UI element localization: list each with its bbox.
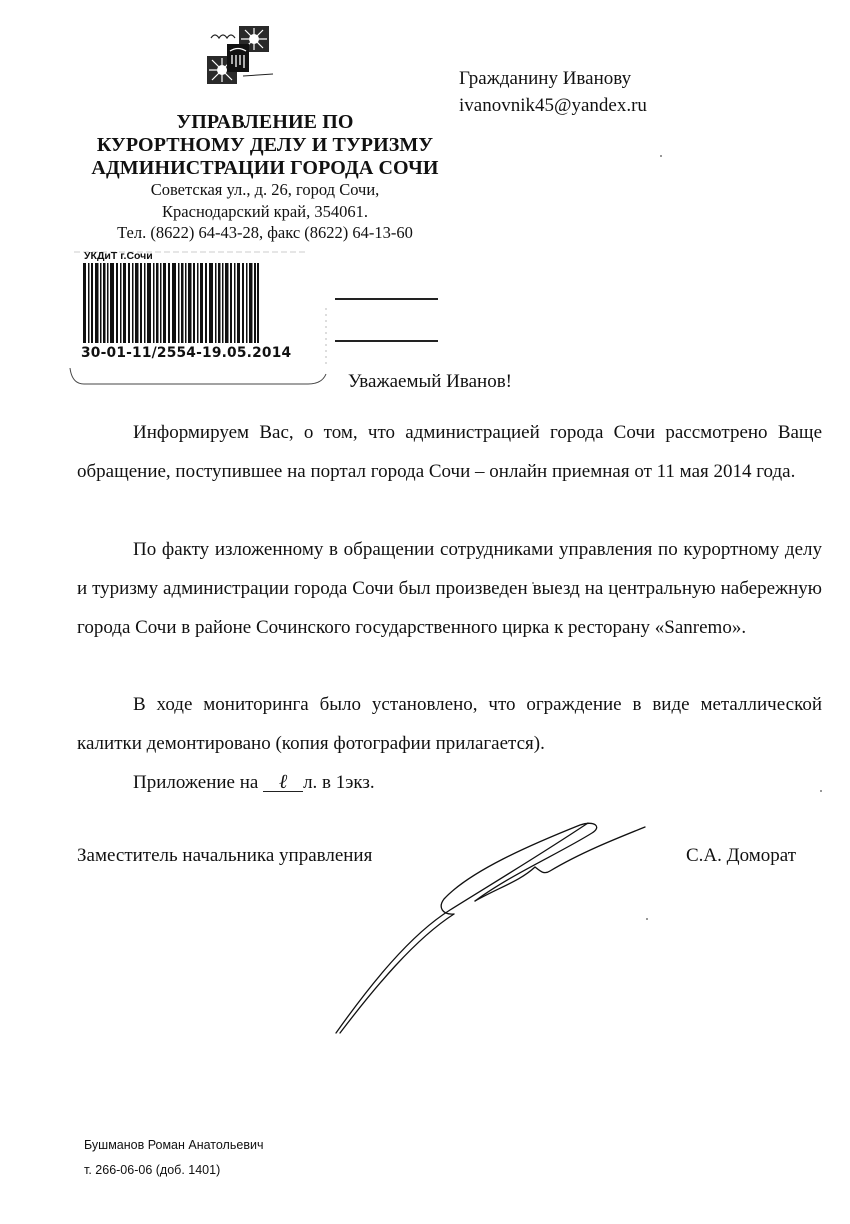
scan-speck [820, 790, 822, 792]
org-line: КУРОРТНОМУ ДЕЛУ И ТУРИЗМУ [60, 134, 470, 157]
paragraph-text: По факту изложенному в обращении сотрудн… [77, 539, 822, 638]
blank-reference-line [335, 298, 438, 300]
annex-suffix: л. в 1экз. [303, 772, 375, 793]
signatory-position: Заместитель начальника управления [77, 845, 372, 867]
annex-line: Приложение на ℓл. в 1экз. [133, 771, 375, 794]
body-paragraph: По факту изложенному в обращении сотрудн… [77, 530, 822, 647]
scan-speck [646, 918, 648, 920]
blank-reference-line [335, 340, 438, 342]
annex-page-count: ℓ [263, 771, 303, 792]
signatory-name: С.А. Доморат [686, 845, 796, 867]
handwritten-signature-icon [330, 815, 660, 1045]
address-line: Краснодарский край, 354061. [80, 201, 450, 223]
contact-line: Тел. (8622) 64-43-28, факс (8622) 64-13-… [80, 222, 450, 244]
body-paragraph: Информируем Вас, о том, что администраци… [77, 413, 822, 491]
annex-prefix: Приложение на [133, 772, 258, 793]
scan-speck [660, 155, 662, 157]
addressee-name: Гражданину Иванову [459, 65, 647, 92]
executor-phone: т. 266-06-06 (доб. 1401) [84, 1158, 263, 1183]
registration-number: 30-01-11/2554-19.05.2014 [81, 345, 291, 361]
address-line: Советская ул., д. 26, город Сочи, [80, 179, 450, 201]
paragraph-text: Информируем Вас, о том, что администраци… [77, 422, 822, 482]
executor-block: Бушманов Роман Анатольевич т. 266-06-06 … [84, 1133, 263, 1183]
salutation: Уважаемый Иванов! [348, 371, 512, 393]
addressee-email: ivanovnik45@yandex.ru [459, 92, 647, 119]
org-line: УПРАВЛЕНИЕ ПО [60, 111, 470, 134]
paragraph-text: В ходе мониторинга было установлено, что… [77, 694, 822, 754]
sochi-emblem-icon [207, 20, 275, 86]
organization-address: Советская ул., д. 26, город Сочи, Красно… [80, 179, 450, 244]
stamp-label: УКДиТ г.Сочи [84, 250, 153, 262]
addressee-block: Гражданину Иванову ivanovnik45@yandex.ru [459, 65, 647, 119]
scan-speck [532, 582, 534, 584]
executor-name: Бушманов Роман Анатольевич [84, 1133, 263, 1158]
org-line: АДМИНИСТРАЦИИ ГОРОДА СОЧИ [60, 157, 470, 180]
organization-name: УПРАВЛЕНИЕ ПО КУРОРТНОМУ ДЕЛУ И ТУРИЗМУ … [60, 111, 470, 180]
barcode-icon [83, 263, 259, 343]
body-paragraph: В ходе мониторинга было установлено, что… [77, 685, 822, 763]
